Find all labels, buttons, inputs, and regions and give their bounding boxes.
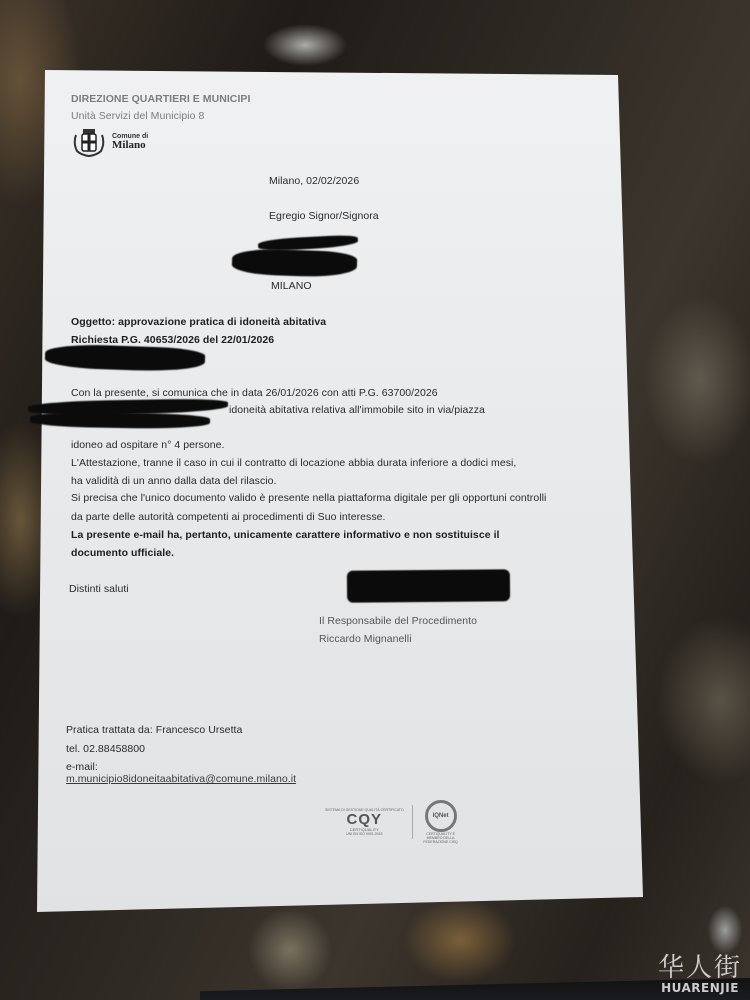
- iqnet-seal-icon: IQNet: [425, 800, 457, 832]
- body-paragraph-6: Si precisa che l'unico documento valido …: [71, 492, 546, 504]
- closing-greeting: Distinti saluti: [69, 583, 129, 595]
- cert-member-text: CERTIQUALITY È MEMBRO DELLA FEDERAZIONE …: [421, 832, 461, 844]
- email-label: e-mail:: [66, 761, 98, 773]
- body-paragraph-2: idoneità abitativa relativa all'immobile…: [229, 404, 485, 416]
- milano-crest-icon: [72, 127, 106, 157]
- logo-milano-text: Milano: [112, 140, 148, 151]
- body-notice-bold-2: documento ufficiale.: [71, 547, 174, 559]
- request-reference: Richiesta P.G. 40653/2026 del 22/01/2026: [71, 334, 274, 346]
- contact-email-link[interactable]: m.municipio8idoneitaabitativa@comune.mil…: [66, 773, 296, 785]
- certification-logos: SISTEMA DI GESTIONE QUALITÀ CERTIFICATO …: [325, 800, 461, 844]
- recipient-city: MILANO: [271, 280, 312, 292]
- site-watermark: 华人街 HUARENJIE: [658, 955, 742, 995]
- date-line: Milano, 02/02/2026: [269, 175, 359, 187]
- salutation: Egregio Signor/Signora: [269, 210, 379, 222]
- signature-name: Riccardo Mignanelli: [319, 633, 412, 645]
- body-paragraph-5: ha validità di un anno dalla data del ri…: [71, 475, 277, 487]
- unit-heading: Unità Servizi del Municipio 8: [71, 110, 204, 122]
- handled-by: Pratica trattata da: Francesco Ursetta: [66, 724, 242, 736]
- redacted-signature: [347, 569, 510, 602]
- department-heading: DIREZIONE QUARTIERI E MUNICIPI: [71, 93, 250, 105]
- cert-brand: CQY: [347, 812, 383, 827]
- cert-iso: UNI EN ISO 9001:2015: [346, 832, 382, 836]
- cert-divider: [412, 805, 413, 839]
- signature-role: Il Responsabile del Procedimento: [319, 615, 477, 627]
- watermark-chinese: 华人街: [658, 955, 742, 981]
- certiquality-logo: SISTEMA DI GESTIONE QUALITÀ CERTIFICATO …: [325, 808, 404, 836]
- body-paragraph-7: da parte delle autorità competenti ai pr…: [71, 511, 386, 523]
- contact-phone: tel. 02.88458800: [66, 743, 145, 755]
- body-paragraph-3: idoneo ad ospitare n° 4 persone.: [71, 439, 225, 451]
- body-paragraph-4: L'Attestazione, tranne il caso in cui il…: [71, 457, 516, 469]
- watermark-latin: HUARENJIE: [658, 981, 742, 995]
- body-paragraph-1: Con la presente, si comunica che in data…: [71, 387, 438, 399]
- body-notice-bold-1: La presente e-mail ha, pertanto, unicame…: [71, 529, 500, 541]
- iqnet-logo: IQNet CERTIQUALITY È MEMBRO DELLA FEDERA…: [421, 800, 461, 844]
- comune-milano-logo: Comune di Milano: [72, 127, 148, 157]
- subject-line: Oggetto: approvazione pratica di idoneit…: [71, 316, 326, 328]
